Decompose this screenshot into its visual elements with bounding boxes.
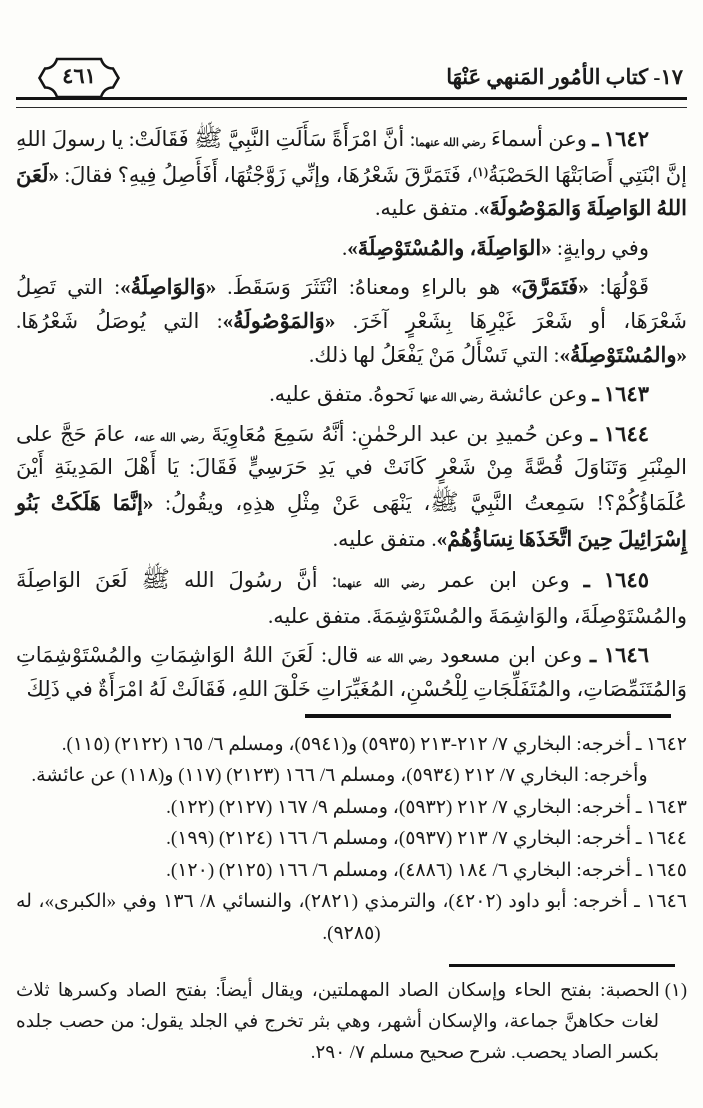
text-segment: : أنَّ امْرَأَةً سَأَلَتِ النَّبِيَّ xyxy=(222,127,415,151)
footnote: (١)الحصبة: بفتح الحاء وإسكان الصاد المهم… xyxy=(16,976,687,1069)
footnotes-section: (١)الحصبة: بفتح الحاء وإسكان الصاد المهم… xyxy=(16,976,687,1069)
hadith-1642-variant: وفي روايةٍ: «الوَاصِلَةَ، والمُسْتَوْصِل… xyxy=(16,232,687,266)
text-segment: «والمُسْتَوْصِلَةُ» xyxy=(560,343,687,367)
footnote-ref: (١) xyxy=(473,165,488,179)
text-segment: وعن ابن مسعود xyxy=(432,643,582,667)
text-segment: ١٦٤٦ ـ xyxy=(582,643,649,667)
hadith-1644: ١٦٤٤ ـ وعن حُميدِ بن عبد الرحْمٰنِ: أنَّ… xyxy=(16,418,687,556)
text-segment: وعن أسماءَ xyxy=(486,127,587,151)
takhrij-entry: ١٦٤٢ ـ أخرجه: البخاري ٧/ ٢١٢-٢١٣ (٥٩٣٥) … xyxy=(16,729,687,761)
text-segment: ، يَنْهَى عَنْ مِثْلِ هذِهِ، ويقُولُ: xyxy=(153,491,430,515)
text-segment: ١٦٤٥ ـ xyxy=(570,568,649,592)
text-segment: ١٦٤٣ ـ xyxy=(587,382,649,406)
takhrij-entry: ١٦٤٤ ـ أخرجه: البخاري ٧/ ٢١٣ (٥٩٣٧)، ومس… xyxy=(16,823,687,855)
hadith-1646: ١٦٤٦ ـ وعن ابن مسعود رضي الله عنه قال: ل… xyxy=(16,639,687,706)
text-segment: : أنَّ رسُولَ الله xyxy=(170,568,338,592)
hadith-1642: ١٦٤٢ ـ وعن أسماءَ رضي الله عنهما: أنَّ ا… xyxy=(16,121,687,226)
text-segment: وعن حُميدِ بن عبد الرحْمٰنِ: أنَّهُ سَمِ… xyxy=(204,422,583,446)
text-segment: . متفق عليه. xyxy=(375,196,479,220)
hadith-1645: ١٦٤٥ ـ وعن ابن عمر رضي الله عنهما: أنَّ … xyxy=(16,562,687,633)
radi-allahu-anhu-mark: رضي الله عنها xyxy=(420,392,484,404)
page-number: ٤٦١ xyxy=(62,64,96,92)
text-segment: «الوَاصِلَةَ، والمُسْتَوْصِلَةَ» xyxy=(347,236,551,260)
takhrij-section: ١٦٤٢ ـ أخرجه: البخاري ٧/ ٢١٢-٢١٣ (٥٩٣٥) … xyxy=(16,729,687,950)
radi-allahu-anhu-mark: رضي الله عنه xyxy=(140,432,205,444)
page-number-badge: ٤٦١ xyxy=(36,55,122,101)
text-segment: قَوْلُهَا: xyxy=(589,275,649,299)
text-segment: . متفق عليه. xyxy=(333,527,437,551)
saw-honorific-icon: ﷺ xyxy=(430,490,458,516)
text-segment: وفي روايةٍ: xyxy=(552,236,649,260)
commentary-gharib-words: قَوْلُهَا: «فَتَمَرَّقَ» هو بالراءِ ومعن… xyxy=(16,271,687,372)
text-segment: «وَالمَوْصُولَةُ» xyxy=(223,309,336,333)
footnote-text: الحصبة: بفتح الحاء وإسكان الصاد المهملتي… xyxy=(16,981,660,1063)
page-header: ١٧- كتاب الأمُور المَنهي عَنْهَا ٤٦١ xyxy=(16,40,687,94)
text-segment: نَحوهُ. متفق عليه. xyxy=(269,382,419,406)
footnote-separator xyxy=(449,964,675,967)
hadith-text-block: ١٦٤٢ ـ وعن أسماءَ رضي الله عنهما: أنَّ ا… xyxy=(16,121,687,707)
text-segment: هو بالراءِ ومعناهُ: انْتَثَرَ وَسَقَطَ. xyxy=(216,275,511,299)
radi-allahu-anhu-mark: رضي الله عنهما xyxy=(415,137,485,149)
saw-honorific-icon: ﷺ xyxy=(194,126,222,152)
text-segment: : التي يُوصَلُ شَعْرُهَا. xyxy=(16,309,223,333)
book-page: ١٧- كتاب الأمُور المَنهي عَنْهَا ٤٦١ ١٦٤… xyxy=(0,0,703,1108)
hadith-1643: ١٦٤٣ ـ وعن عائشة رضي الله عنها نَحوهُ. م… xyxy=(16,378,687,412)
text-segment: : التي تَسْأَلُ مَنْ يَفْعَلُ لها ذلك. xyxy=(309,343,560,367)
text-segment: ، فَتَمَرَّقَ شَعْرُهَا، وإنِّي زَوَّجْت… xyxy=(59,163,473,187)
takhrij-separator xyxy=(305,714,671,718)
text-segment: «وَالوَاصِلَةُ» xyxy=(120,275,216,299)
text-segment: وعن عائشة xyxy=(483,382,587,406)
text-segment: ١٦٤٤ ـ xyxy=(584,422,649,446)
text-segment: وعن ابن عمر xyxy=(425,568,570,592)
takhrij-entry: ١٦٤٦ ـ أخرجه: أبو داود (٤٢٠٢)، والترمذي … xyxy=(16,886,687,949)
radi-allahu-anhu-mark: رضي الله عنه xyxy=(366,653,432,665)
chapter-title: ١٧- كتاب الأمُور المَنهي عَنْهَا xyxy=(446,65,683,90)
text-segment: ١٦٤٢ ـ xyxy=(587,127,649,151)
text-segment: «فَتَمَرَّقَ» xyxy=(511,275,588,299)
footnote-marker: (١) xyxy=(665,981,687,1001)
takhrij-entry: ١٦٤٣ ـ أخرجه: البخاري ٧/ ٢١٢ (٥٩٣٢)، ومس… xyxy=(16,792,687,824)
takhrij-entry: ١٦٤٥ ـ أخرجه: البخاري ٦/ ١٨٤ (٤٨٨٦)، ومس… xyxy=(16,855,687,887)
radi-allahu-anhu-mark: رضي الله عنهما xyxy=(337,578,425,590)
takhrij-entry: وأخرجه: البخاري ٧/ ٢١٢ (٥٩٣٤)، ومسلم ٦/ … xyxy=(16,760,687,792)
saw-honorific-icon: ﷺ xyxy=(142,567,170,593)
